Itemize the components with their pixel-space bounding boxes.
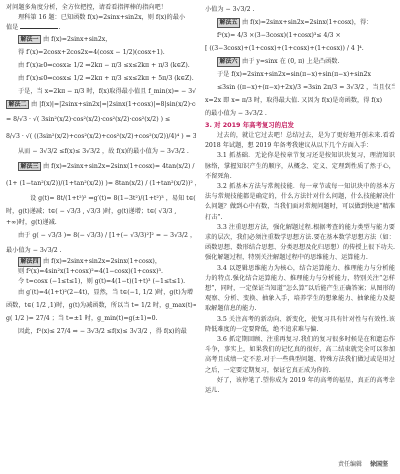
right-column: 小值为 − 3√3/2 . 解法五由 f(x)=2sinx+sin2x=2sin… [205, 3, 395, 396]
text-line: 最小值为 − 3√3/2 . [6, 244, 196, 257]
text-line: +∞)时，g(t)递减. [6, 218, 196, 228]
formula-line: ≤3sin ((π−x)+(π−x)+2x)/3 =3sin 2π/3 = 3√… [205, 81, 395, 94]
paragraph: 3.4 以逻辑思维能力为核心，结合运算能力、推理能力与分析能力的特点.强化结合运… [205, 264, 395, 315]
answer-blank [20, 22, 58, 29]
method-4-line: 解法四由 f(x)=2sinx+sin2x=2sinx(1+cosx)， [6, 257, 196, 267]
text-line: x=2x 即 x= π/3 时，取得最大值. 又因为 f(x)是奇函数，得 f(… [205, 94, 395, 107]
text-line: 函数，t∈( 1/2 ,1)时，g(t)为减函数，所以当 t= 1/2 时，g_… [6, 299, 196, 312]
text-line: g( 1/2 )= 27/4 ；当 t=±1 时，g_min(t)=g(±1)=… [6, 312, 196, 325]
paragraph: 3.1 抓基础．无论你是按章节复习还是按知识块复习，理清知识脉络，掌握知识产生的… [205, 151, 395, 182]
problem-statement: 理科第 16 题：已知函数 f(x)=2sinx+sin2x，则 f(x)的最小 [6, 13, 196, 23]
method-tag: 解法四 [18, 257, 41, 267]
left-column: 对问题多角度分析，全方位把控，请看看指挥棒的指向吧！ 理科第 16 题：已知函数… [6, 3, 196, 338]
method-5-line: 解法五由 f(x)=2sinx+sin2x=2sinx(1+cosx)，得： [205, 16, 395, 29]
text-fragment: 由 f(x)=2sinx+sin2x=2sinx(1+cosx)= 4tan(x… [43, 163, 196, 170]
editor-credit: 责任编辑 徐国坚 [338, 459, 388, 468]
text-fragment: 由 f(x)=2sinx+sin2x=2sinx(1+cosx)， [43, 258, 161, 265]
formula-line: (1+ (1−tan²(x/2))/(1+tan²(x/2)) )= 8tan(… [6, 175, 196, 192]
method-tag: 解法一 [18, 35, 41, 45]
method-6-line: 解法六由于 y=sinx 在 (0, π) 上是凸函数. [205, 55, 395, 68]
formula-line: [ ((3−3cosx)+(1+cosx)+(1+cosx)+(1+cosx))… [205, 42, 395, 55]
method-tag: 解法六 [217, 57, 240, 67]
paragraph: 3.3 注重思想方法，强化解题过程.根据考查的能力类型与能力要求的层次，我们必须… [205, 223, 395, 264]
paragraph: 3.2 抓基本方法与常规技能．每一章节或每一知识块中的基本方法与常规技能都是确定… [205, 182, 395, 223]
text-line: 小值为 − 3√3/2 . [205, 3, 395, 16]
document-page: 对问题多角度分析，全方位把控，请看看指挥棒的指向吧！ 理科第 16 题：已知函数… [0, 0, 400, 474]
formula-line: 8/√3 · √( ((3sin²(x/2)+cos²(x/2)+cos²(x/… [6, 128, 196, 145]
text-line: 时，g(t)递减；t∈( − √3/3 , √3/3 )时，g(t)递增；t∈(… [6, 205, 196, 218]
text-line: 于是，当 x=2kπ − π/3 时，f(x)取得最小值且 f_min(x)= … [6, 85, 196, 98]
text-line: 得 f′(x)=2cosx+2cos2x=4(cosx − 1/2)(cosx+… [6, 46, 196, 59]
text-line: f²(x)= 4/3 ×(3−3cosx)(1+cosx)³≤ 4/3 × [205, 29, 395, 42]
text-fragment: 由 f(x)=2sinx+sin2x=2sinx(1+cosx)，得： [242, 19, 372, 26]
text-line: 对问题多角度分析，全方位把控，请看看指挥棒的指向吧！ [6, 3, 196, 13]
paragraph: 3.5 关注高考的新动向、新变化，使复习具有针对性与有效性.该降低难度的一定要降… [205, 315, 395, 335]
text-line: 因此，f²(x)≤ 27/4 ⇒ − 3√3/2 ≤f(x)≤ 3√3/2 ，得… [6, 325, 196, 338]
text-fragment: 由 f(x)=2sinx+sin2x， [43, 36, 111, 43]
text-line: 从而 − 3√3/2 ≤f(x)≤ 3√3/2 ，故 f(x)的最小值为 − 3… [6, 145, 196, 158]
paragraph: 过去的，就让它过去吧！总结过去，是为了更好地开创未来.看看 2018 年试题，想… [205, 131, 395, 151]
paragraph: 好了，该停笔了.望你成为 2019 年的高考的福星，真正的高考幸运儿. [205, 376, 395, 396]
text-line: 的最小值为 − 3√3/2 . [205, 107, 395, 120]
method-3-line: 解法三由 f(x)=2sinx+sin2x=2sinx(1+cosx)= 4ta… [6, 158, 196, 175]
text-line: 于是 f(x)=2sinx+sin2x=sin(π−x)+sin(π−x)+si… [205, 68, 395, 81]
text-fragment: 由于 y=sinx 在 (0, π) 上是凸函数. [242, 58, 339, 65]
text-line: 令 t=cosx (−1≤t≤1)，则 g(t)=4(1−t)(1+t)³ (−… [6, 277, 196, 287]
text-line: 由 g′(t)=4(1+t)²(2−4t)，显然，当 t∈(−1, 1/2 )时… [6, 286, 196, 299]
text-fragment: 值是 [6, 24, 18, 31]
editor-name: 徐国坚 [370, 461, 388, 468]
formula-line: = 8/√3 · √( 3sin²(x/2)·cos²(x/2)·cos²(x/… [6, 111, 196, 128]
problem-statement-cont: 值是 . [6, 22, 196, 33]
method-tag: 解法二 [6, 100, 29, 110]
text-line: 由 f′(x)≤0⇒cosx≤ 1/2 ⇒2kπ + π/3 ≤x≤2kπ + … [6, 72, 196, 85]
editor-label: 责任编辑 [338, 461, 362, 468]
method-1-line: 解法一由 f(x)=2sinx+sin2x， [6, 33, 196, 46]
section-heading: 3. 对 2019 年高考复习的启发 [205, 120, 395, 131]
method-2-line: 解法二由 |f(x)|=|2sinx+sin2x|=|2sinx(1+cosx)… [6, 98, 196, 111]
text-line: 设 g(t)= 8t/(1+t²)² ⇒g′(t)= 8(1−3t²)/(1+t… [6, 192, 196, 205]
text-line: 则 f²(x)=4sin²x(1+cosx)²=4(1−cosx)(1+cosx… [6, 267, 196, 277]
method-tag: 解法五 [217, 18, 240, 28]
text-fragment: 由 |f(x)|=|2sinx+sin2x|=|2sinx(1+cosx)|=8… [31, 101, 196, 108]
text-line: 由 f′(x)≥0⇒cosx≥ 1/2 ⇒2kπ − π/3 ≤x≤2kπ + … [6, 59, 196, 72]
paragraph: 3.6 抓定期回顾、注重再复习.我们的复习很多时候是在和遗忘作斗争，事实上，如果… [205, 335, 395, 376]
method-tag: 解法三 [18, 162, 41, 172]
formula-line: 由于 g( − √3/3 )= 8(− √3/3) / [1+(− √3/3)²… [6, 227, 196, 244]
